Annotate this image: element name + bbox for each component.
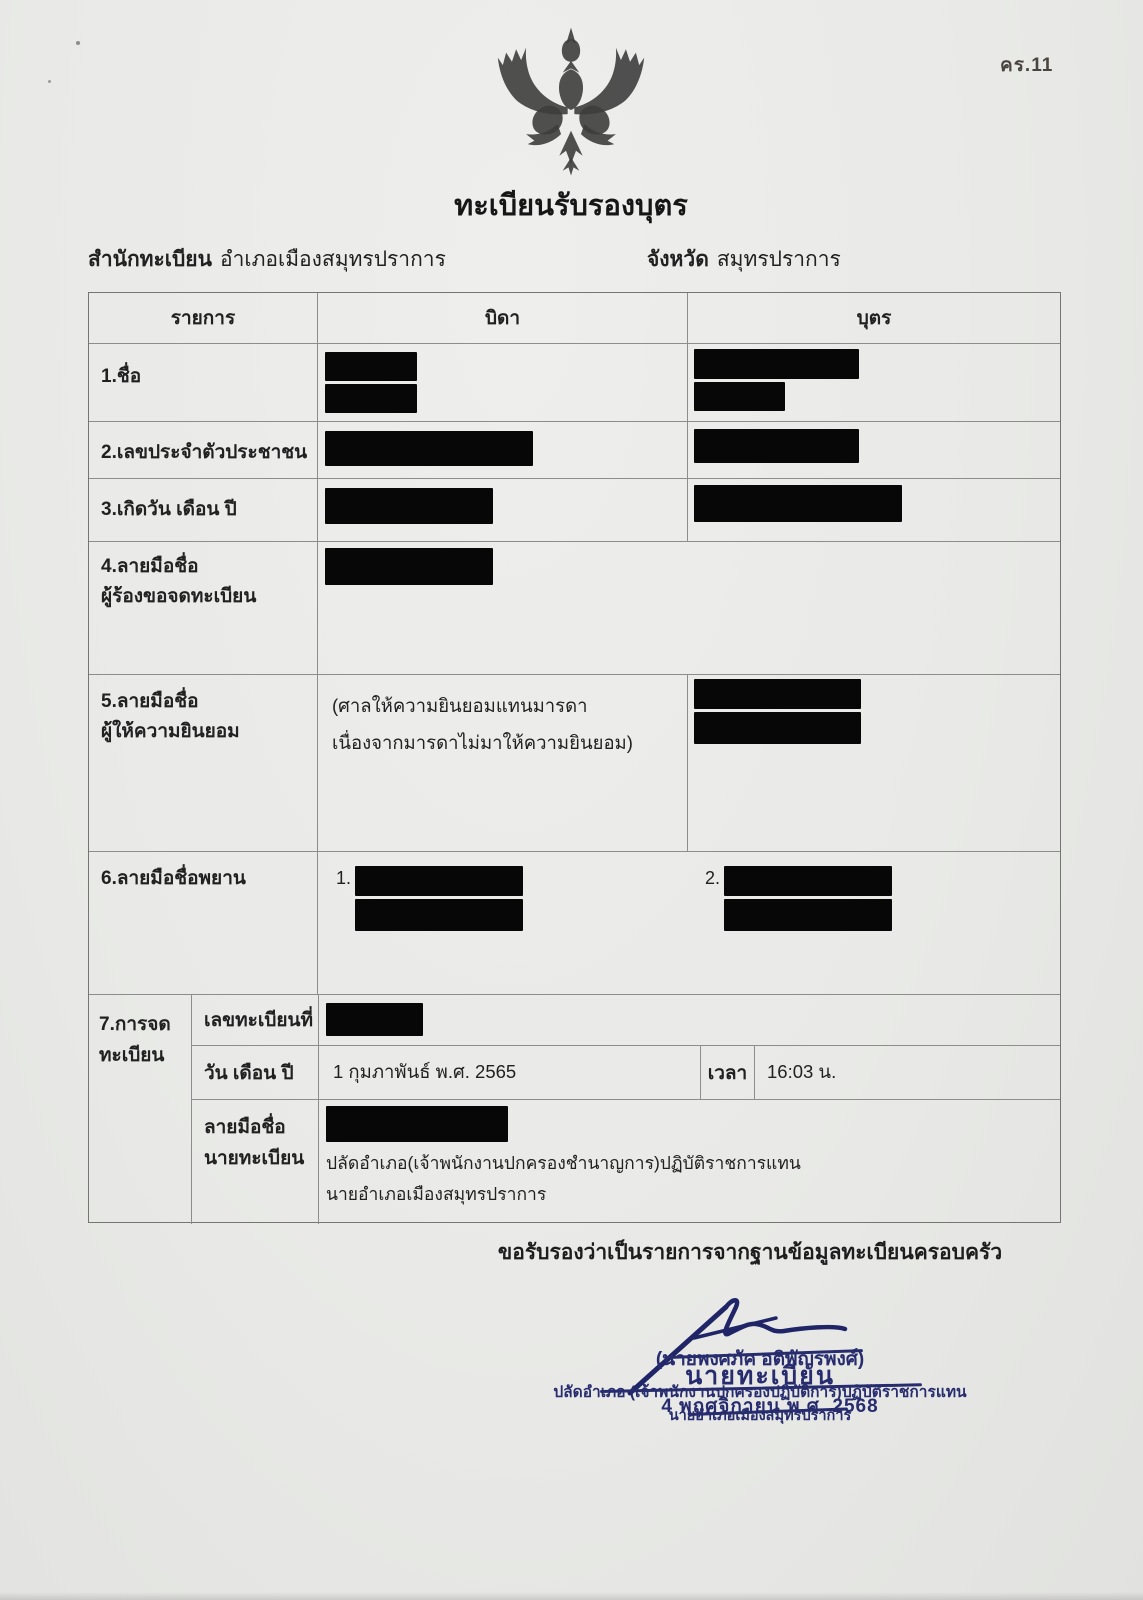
redaction-bar [326, 1106, 508, 1142]
office-value: อำเภอเมืองสมุทรปราการ [220, 248, 446, 271]
row-applicant-label-line2: ผู้ร้องขอจดทะเบียน [101, 582, 311, 612]
header-child: บุตร [687, 293, 1060, 343]
redaction-bar [724, 899, 892, 931]
table-row-registration: 7.การจด ทะเบียน เลขทะเบียนที่ วัน เดือน … [89, 994, 1060, 1224]
redaction-bar [355, 899, 523, 931]
witness-1-redactions [355, 866, 523, 934]
registration-date-value: 1 กุมภาพันธ์ พ.ศ. 2565 [318, 1046, 700, 1099]
registration-date-label: วัน เดือน ปี [192, 1046, 318, 1099]
witness-2-redactions [724, 866, 892, 934]
table-row-name: 1.ชื่อ [89, 343, 1060, 421]
document-title: ทะเบียนรับรองบุตร [371, 182, 771, 228]
registration-number-row: เลขทะเบียนที่ [192, 995, 1060, 1045]
scan-speck [76, 41, 80, 45]
row-name-label: 1.ชื่อ [89, 344, 317, 421]
redaction-bar [694, 382, 785, 411]
registration-office-line: สำนักทะเบียนอำเภอเมืองสมุทรปราการ [88, 243, 446, 276]
scan-edge-shadow [0, 1592, 1143, 1600]
registrar-signature-cell: ปลัดอำเภอ(เจ้าพนักงานปกครองชำนาญการ)ปฏิบ… [318, 1100, 1060, 1224]
redaction-bar [325, 384, 417, 413]
registrar-signature-label-line1: ลายมือชื่อ [204, 1112, 318, 1143]
table-row-id-number: 2.เลขประจำตัวประชาชน [89, 421, 1060, 478]
scan-speck [48, 80, 51, 83]
row-id-label: 2.เลขประจำตัวประชาชน [89, 422, 317, 478]
registrar-title-line2: นายอำเภอเมืองสมุทรปราการ [326, 1179, 1060, 1210]
witness-1-group: 1. [336, 854, 523, 994]
redaction-bar [325, 488, 493, 524]
row-birth-child-cell [687, 479, 1060, 541]
province-label: จังหวัด [647, 248, 709, 271]
redaction-bar [694, 485, 902, 522]
row-consent-child-cell [687, 675, 1060, 851]
row-consent-label: 5.ลายมือชื่อ ผู้ให้ความยินยอม [89, 675, 317, 851]
registration-date-row: วัน เดือน ปี 1 กุมภาพันธ์ พ.ศ. 2565 เวลา… [192, 1045, 1060, 1099]
redaction-bar [694, 349, 859, 379]
table-row-consent-signature: 5.ลายมือชื่อ ผู้ให้ความยินยอม (ศาลให้ควา… [89, 674, 1060, 851]
office-label: สำนักทะเบียน [88, 248, 212, 271]
row-registration-label: 7.การจด ทะเบียน [89, 995, 191, 1224]
row-applicant-label-line1: 4.ลายมือชื่อ [101, 552, 311, 582]
consent-note-line1: (ศาลให้ความยินยอมแทนมารดา [332, 687, 687, 724]
scanned-document-page: คร.11 [0, 0, 1143, 1600]
table-row-applicant-signature: 4.ลายมือชื่อ ผู้ร้องขอจดทะเบียน [89, 541, 1060, 674]
redaction-bar [325, 548, 493, 585]
row-id-father-cell [317, 422, 687, 478]
row-name-child-cell [687, 344, 1060, 421]
redaction-bar [325, 352, 417, 381]
row-id-child-cell [687, 422, 1060, 478]
table-row-birth-date: 3.เกิดวัน เดือน ปี [89, 478, 1060, 541]
redaction-bar [694, 429, 859, 463]
redaction-bar [694, 679, 861, 709]
row-consent-label-line1: 5.ลายมือชื่อ [101, 687, 311, 717]
witness-2-number: 2. [705, 854, 720, 889]
stamp-struck-office: นายอำเภอเมืองสมุทรปราการ [560, 1404, 960, 1427]
row-applicant-signature-cell [317, 542, 1060, 674]
registration-time-value: 16:03 น. [754, 1046, 1060, 1099]
registration-time-label: เวลา [700, 1046, 754, 1099]
redaction-bar [325, 431, 533, 466]
registrar-signature-label-line2: นายทะเบียน [204, 1143, 318, 1174]
row-consent-note-cell: (ศาลให้ความยินยอมแทนมารดา เนื่องจากมารดา… [317, 675, 687, 851]
redaction-bar [355, 866, 523, 896]
registrar-signature-row: ลายมือชื่อ นายทะเบียน ปลัดอำเภอ(เจ้าพนัก… [192, 1099, 1060, 1224]
registrar-signature-label: ลายมือชื่อ นายทะเบียน [192, 1100, 318, 1224]
witness-2-group: 2. [705, 854, 892, 994]
certification-statement: ขอรับรองว่าเป็นรายการจากฐานข้อมูลทะเบียน… [450, 1236, 1050, 1269]
row-birth-father-cell [317, 479, 687, 541]
registrar-title-line1: ปลัดอำเภอ(เจ้าพนักงานปกครองชำนาญการ)ปฏิบ… [326, 1148, 1060, 1179]
row-witness-label: 6.ลายมือชื่อพยาน [89, 852, 317, 994]
registrar-title: ปลัดอำเภอ(เจ้าพนักงานปกครองชำนาญการ)ปฏิบ… [319, 1148, 1060, 1210]
row-registration-label-line1: 7.การจด [99, 1009, 187, 1040]
garuda-emblem-icon [486, 26, 656, 184]
table-row-witness-signature: 6.ลายมือชื่อพยาน 1. 2. [89, 851, 1060, 994]
registration-subtable: เลขทะเบียนที่ วัน เดือน ปี 1 กุมภาพันธ์ … [191, 995, 1060, 1224]
consent-note-line2: เนื่องจากมารดาไม่มาให้ความยินยอม) [332, 724, 687, 761]
row-registration-label-line2: ทะเบียน [99, 1040, 187, 1071]
redaction-bar [724, 866, 892, 896]
row-applicant-label: 4.ลายมือชื่อ ผู้ร้องขอจดทะเบียน [89, 542, 317, 674]
registration-number-cell [318, 995, 1060, 1045]
form-code: คร.11 [1000, 50, 1053, 80]
consent-note: (ศาลให้ความยินยอมแทนมารดา เนื่องจากมารดา… [318, 675, 687, 761]
row-witness-cell: 1. 2. [317, 852, 1060, 994]
registration-number-label: เลขทะเบียนที่ [192, 995, 318, 1045]
province-value: สมุทรปราการ [717, 248, 841, 271]
witness-1-number: 1. [336, 854, 351, 889]
province-line: จังหวัดสมุทรปราการ [647, 243, 841, 276]
header-father: บิดา [317, 293, 687, 343]
row-consent-label-line2: ผู้ให้ความยินยอม [101, 717, 311, 747]
row-name-father-cell [317, 344, 687, 421]
row-birth-label: 3.เกิดวัน เดือน ปี [89, 479, 317, 541]
redaction-bar [694, 712, 861, 744]
table-header-row: รายการ บิดา บุตร [89, 293, 1060, 343]
header-item: รายการ [89, 293, 317, 343]
registration-table: รายการ บิดา บุตร 1.ชื่อ 2.เลขประจำตัวประ… [88, 292, 1061, 1223]
redaction-bar [326, 1003, 423, 1036]
